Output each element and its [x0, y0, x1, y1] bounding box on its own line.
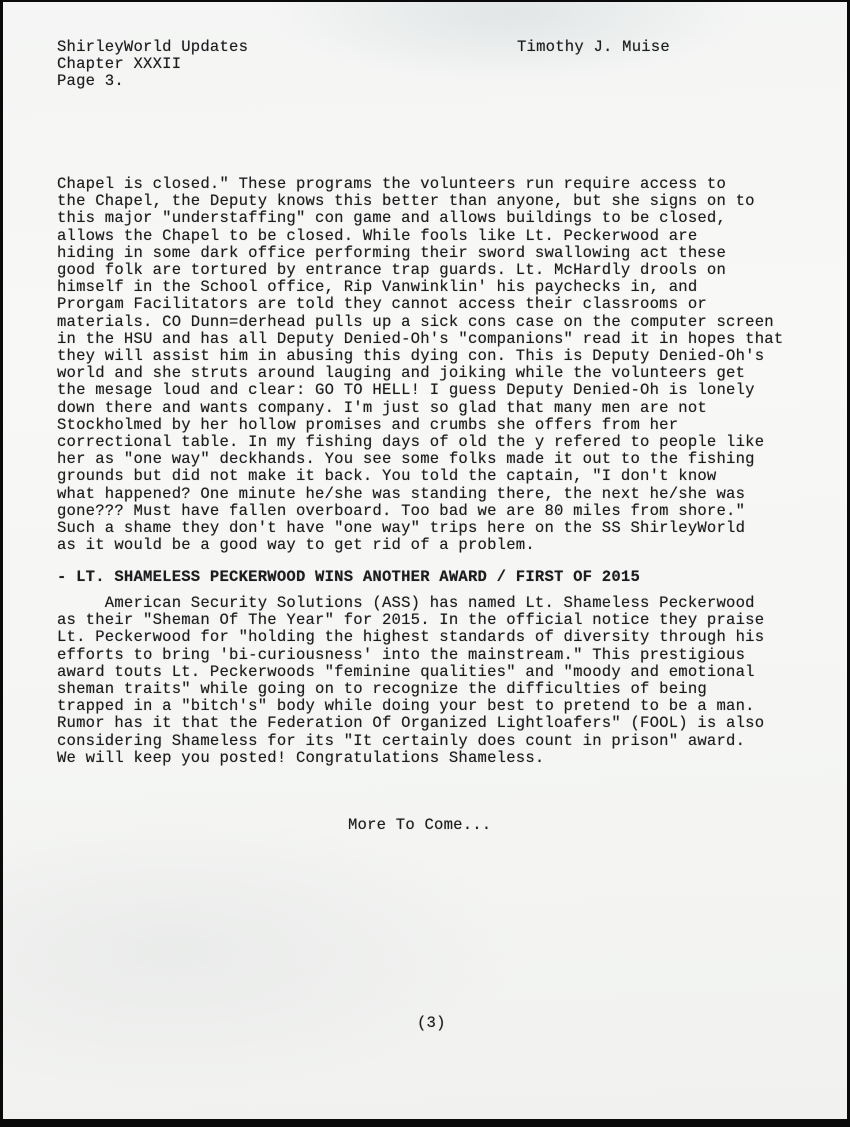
document-header-left: ShirleyWorld Updates Chapter XXXII Page … — [57, 39, 248, 91]
paper-sheet: ShirleyWorld Updates Chapter XXXII Page … — [3, 2, 847, 1119]
author-name: Timothy J. Muise — [517, 39, 670, 56]
page-number: (3) — [417, 1015, 446, 1032]
body-paragraph-1: Chapel is closed." These programs the vo… — [57, 176, 783, 554]
body-paragraph-2: American Security Solutions (ASS) has na… — [57, 595, 764, 767]
closing-line: More To Come... — [348, 817, 491, 834]
scanned-page: ShirleyWorld Updates Chapter XXXII Page … — [0, 0, 850, 1127]
section-heading: - LT. SHAMELESS PECKERWOOD WINS ANOTHER … — [57, 569, 640, 586]
